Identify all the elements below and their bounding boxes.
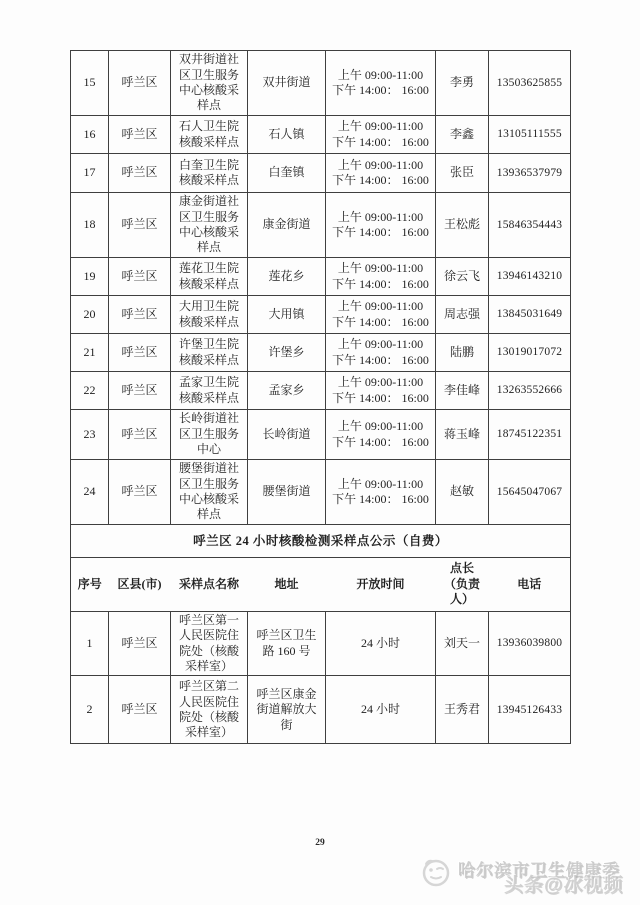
row-number-cell: 24 xyxy=(71,460,109,525)
table-row: 19 呼兰区 莲花卫生院核酸采样点 莲花乡 上午 09:00-11:00 下午 … xyxy=(71,258,571,296)
hours-cell: 上午 09:00-11:00 下午 14:00： 16:00 xyxy=(326,460,436,525)
address-cell: 长岭街道 xyxy=(248,410,326,460)
district-cell: 呼兰区 xyxy=(109,460,171,525)
hours-cell: 上午 09:00-11:00 下午 14:00： 16:00 xyxy=(326,51,436,116)
sampling-sites-table: 15 呼兰区 双井街道社区卫生服务中心核酸采样点 双井街道 上午 09:00-1… xyxy=(70,50,571,744)
site-name-cell: 双井街道社区卫生服务中心核酸采样点 xyxy=(171,51,248,116)
district-cell: 呼兰区 xyxy=(109,116,171,154)
section-title-row: 呼兰区 24 小时核酸检测采样点公示（自费） xyxy=(71,525,571,558)
row-number-cell: 17 xyxy=(71,154,109,193)
address-cell: 白奎镇 xyxy=(248,154,326,193)
leader-cell: 王秀君 xyxy=(436,676,489,744)
phone-cell: 13105111555 xyxy=(489,116,571,154)
table-row: 1 呼兰区 呼兰区第一人民医院住院处（核酸采样室） 呼兰区卫生路 160 号 2… xyxy=(71,612,571,676)
table-row: 22 呼兰区 孟家卫生院核酸采样点 孟家乡 上午 09:00-11:00 下午 … xyxy=(71,372,571,410)
table-row: 24 呼兰区 腰堡街道社区卫生服务中心核酸采样点 腰堡街道 上午 09:00-1… xyxy=(71,460,571,525)
leader-cell: 周志强 xyxy=(436,296,489,334)
watermark-account-text: 哈尔滨市卫生健康委 xyxy=(458,856,620,881)
address-cell: 石人镇 xyxy=(248,116,326,154)
hours-cell: 上午 09:00-11:00 下午 14:00： 16:00 xyxy=(326,410,436,460)
row-number-cell: 18 xyxy=(71,193,109,258)
leader-cell: 张臣 xyxy=(436,154,489,193)
hours-cell: 上午 09:00-11:00 下午 14:00： 16:00 xyxy=(326,193,436,258)
watermark: 哈尔滨市卫生健康委 头条@冰视频 xyxy=(412,848,640,903)
header-address: 地址 xyxy=(248,558,326,612)
phone-cell: 13263552666 xyxy=(489,372,571,410)
row-number-cell: 2 xyxy=(71,676,109,744)
address-cell: 康金街道 xyxy=(248,193,326,258)
site-name-cell: 大用卫生院核酸采样点 xyxy=(171,296,248,334)
phone-cell: 13945126433 xyxy=(489,676,571,744)
watermark-credit-text: 头条@冰视频 xyxy=(504,870,624,897)
site-name-cell: 长岭街道社区卫生服务中心 xyxy=(171,410,248,460)
leader-cell: 赵敏 xyxy=(436,460,489,525)
hours-cell: 24 小时 xyxy=(326,612,436,676)
district-cell: 呼兰区 xyxy=(109,193,171,258)
phone-cell: 13936039800 xyxy=(489,612,571,676)
header-site: 采样点名称 xyxy=(171,558,248,612)
leader-cell: 李佳峰 xyxy=(436,372,489,410)
leader-cell: 徐云飞 xyxy=(436,258,489,296)
row-number-cell: 22 xyxy=(71,372,109,410)
site-name-cell: 孟家卫生院核酸采样点 xyxy=(171,372,248,410)
leader-cell: 刘天一 xyxy=(436,612,489,676)
header-no: 序号 xyxy=(71,558,109,612)
header-hours: 开放时间 xyxy=(326,558,436,612)
leader-cell: 王松彪 xyxy=(436,193,489,258)
face-logo-icon xyxy=(420,856,452,893)
address-cell: 莲花乡 xyxy=(248,258,326,296)
table-row: 23 呼兰区 长岭街道社区卫生服务中心 长岭街道 上午 09:00-11:00 … xyxy=(71,410,571,460)
hours-cell: 上午 09:00-11:00 下午 14:00： 16:00 xyxy=(326,116,436,154)
hours-cell: 上午 09:00-11:00 下午 14:00： 16:00 xyxy=(326,296,436,334)
phone-cell: 13019017072 xyxy=(489,334,571,372)
table-row: 20 呼兰区 大用卫生院核酸采样点 大用镇 上午 09:00-11:00 下午 … xyxy=(71,296,571,334)
hours-cell: 上午 09:00-11:00 下午 14:00： 16:00 xyxy=(326,258,436,296)
district-cell: 呼兰区 xyxy=(109,334,171,372)
document-page: 15 呼兰区 双井街道社区卫生服务中心核酸采样点 双井街道 上午 09:00-1… xyxy=(0,0,640,905)
site-name-cell: 白奎卫生院核酸采样点 xyxy=(171,154,248,193)
phone-cell: 13946143210 xyxy=(489,258,571,296)
hours-cell: 上午 09:00-11:00 下午 14:00： 16:00 xyxy=(326,372,436,410)
row-number-cell: 21 xyxy=(71,334,109,372)
site-name-cell: 康金街道社区卫生服务中心核酸采样点 xyxy=(171,193,248,258)
hours-cell: 24 小时 xyxy=(326,676,436,744)
address-cell: 呼兰区康金街道解放大街 xyxy=(248,676,326,744)
district-cell: 呼兰区 xyxy=(109,372,171,410)
district-cell: 呼兰区 xyxy=(109,154,171,193)
hours-cell: 上午 09:00-11:00 下午 14:00： 16:00 xyxy=(326,334,436,372)
address-cell: 腰堡街道 xyxy=(248,460,326,525)
table-row: 18 呼兰区 康金街道社区卫生服务中心核酸采样点 康金街道 上午 09:00-1… xyxy=(71,193,571,258)
table-row: 2 呼兰区 呼兰区第二人民医院住院处（核酸采样室） 呼兰区康金街道解放大街 24… xyxy=(71,676,571,744)
table-row: 16 呼兰区 石人卫生院核酸采样点 石人镇 上午 09:00-11:00 下午 … xyxy=(71,116,571,154)
row-number-cell: 1 xyxy=(71,612,109,676)
address-cell: 呼兰区卫生路 160 号 xyxy=(248,612,326,676)
row-number-cell: 15 xyxy=(71,51,109,116)
row-number-cell: 20 xyxy=(71,296,109,334)
leader-cell: 陆鹏 xyxy=(436,334,489,372)
header-phone: 电话 xyxy=(489,558,571,612)
district-cell: 呼兰区 xyxy=(109,676,171,744)
header-leader: 点长（负责人） xyxy=(436,558,489,612)
site-name-cell: 石人卫生院核酸采样点 xyxy=(171,116,248,154)
address-cell: 孟家乡 xyxy=(248,372,326,410)
site-name-cell: 许堡卫生院核酸采样点 xyxy=(171,334,248,372)
phone-cell: 13503625855 xyxy=(489,51,571,116)
row-number-cell: 23 xyxy=(71,410,109,460)
header-district: 区县(市) xyxy=(109,558,171,612)
row-number-cell: 16 xyxy=(71,116,109,154)
section-title: 呼兰区 24 小时核酸检测采样点公示（自费） xyxy=(71,525,571,558)
district-cell: 呼兰区 xyxy=(109,296,171,334)
address-cell: 大用镇 xyxy=(248,296,326,334)
district-cell: 呼兰区 xyxy=(109,410,171,460)
phone-cell: 13845031649 xyxy=(489,296,571,334)
table-row: 15 呼兰区 双井街道社区卫生服务中心核酸采样点 双井街道 上午 09:00-1… xyxy=(71,51,571,116)
phone-cell: 15846354443 xyxy=(489,193,571,258)
site-name-cell: 呼兰区第二人民医院住院处（核酸采样室） xyxy=(171,676,248,744)
phone-cell: 13936537979 xyxy=(489,154,571,193)
row-number-cell: 19 xyxy=(71,258,109,296)
district-cell: 呼兰区 xyxy=(109,258,171,296)
phone-cell: 18745122351 xyxy=(489,410,571,460)
district-cell: 呼兰区 xyxy=(109,612,171,676)
phone-cell: 15645047067 xyxy=(489,460,571,525)
address-cell: 许堡乡 xyxy=(248,334,326,372)
hours-cell: 上午 09:00-11:00 下午 14:00： 16:00 xyxy=(326,154,436,193)
page-number: 29 xyxy=(0,838,640,848)
address-cell: 双井街道 xyxy=(248,51,326,116)
site-name-cell: 呼兰区第一人民医院住院处（核酸采样室） xyxy=(171,612,248,676)
leader-cell: 李鑫 xyxy=(436,116,489,154)
table-row: 17 呼兰区 白奎卫生院核酸采样点 白奎镇 上午 09:00-11:00 下午 … xyxy=(71,154,571,193)
table-header-row: 序号 区县(市) 采样点名称 地址 开放时间 点长（负责人） 电话 xyxy=(71,558,571,612)
site-name-cell: 莲花卫生院核酸采样点 xyxy=(171,258,248,296)
table-row: 21 呼兰区 许堡卫生院核酸采样点 许堡乡 上午 09:00-11:00 下午 … xyxy=(71,334,571,372)
district-cell: 呼兰区 xyxy=(109,51,171,116)
leader-cell: 蒋玉峰 xyxy=(436,410,489,460)
leader-cell: 李勇 xyxy=(436,51,489,116)
site-name-cell: 腰堡街道社区卫生服务中心核酸采样点 xyxy=(171,460,248,525)
